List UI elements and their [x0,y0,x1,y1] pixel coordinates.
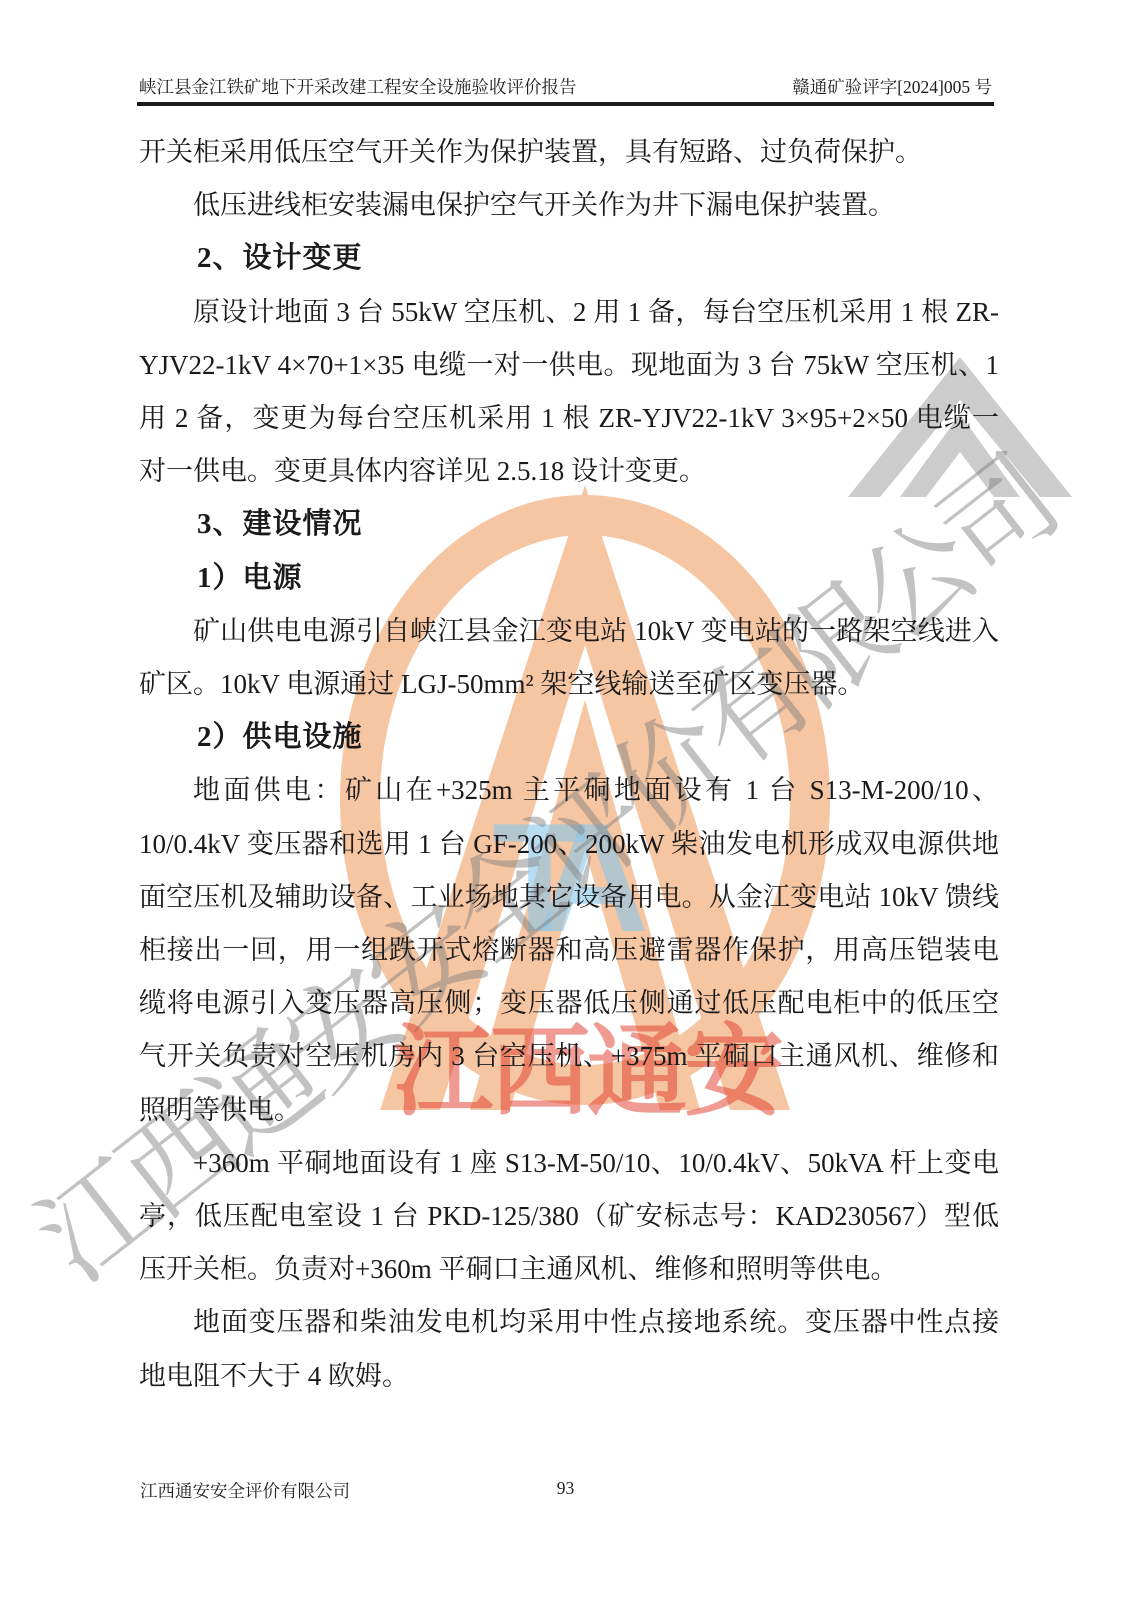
paragraph-power-source-detail: 矿山供电电源引自峡江县金江变电站 10kV 变电站的一路架空线进入矿区。10kV… [139,605,999,711]
heading-power-facility: 2）供电设施 [139,711,999,764]
paragraph-surface-power-supply: 地面供电：矿山在+325m 主平硐地面设有 1 台 S13-M-200/10、1… [139,764,999,1136]
paragraph-switchgear-protection: 开关柜采用低压空气开关作为保护装置，具有短路、过负荷保护。 [139,126,999,179]
page-footer: 江西通安安全评价有限公司 93 [0,1478,1131,1508]
paragraph-leakage-protection: 低压进线柜安装漏电保护空气开关作为井下漏电保护装置。 [139,179,999,232]
paragraph-design-change-detail: 原设计地面 3 台 55kW 空压机、2 用 1 备，每台空压机采用 1 根 Z… [139,286,999,499]
header-divider [137,102,994,106]
header-document-number: 赣通矿验评字[2024]005 号 [792,74,992,99]
page-header: 峡江县金江铁矿地下开采改建工程安全设施验收评价报告 赣通矿验评字[2024]00… [139,74,992,99]
heading-power-source: 1）电源 [139,552,999,605]
header-report-title: 峡江县金江铁矿地下开采改建工程安全设施验收评价报告 [139,74,577,99]
heading-design-change: 2、设计变更 [139,232,999,285]
document-page: TA 江西通安安全评价有限公司 江西通安 峡江县金江铁矿地下开采改建工程安全设施… [0,0,1131,1600]
paragraph-360m-substation: +360m 平硐地面设有 1 座 S13-M-50/10、10/0.4kV、50… [139,1137,999,1297]
heading-construction-status: 3、建设情况 [139,498,999,551]
paragraph-neutral-grounding: 地面变压器和柴油发电机均采用中性点接地系统。变压器中性点接地电阻不大于 4 欧姆… [139,1296,999,1402]
page-number: 93 [0,1478,1131,1499]
document-body: 开关柜采用低压空气开关作为保护装置，具有短路、过负荷保护。 低压进线柜安装漏电保… [139,126,999,1403]
